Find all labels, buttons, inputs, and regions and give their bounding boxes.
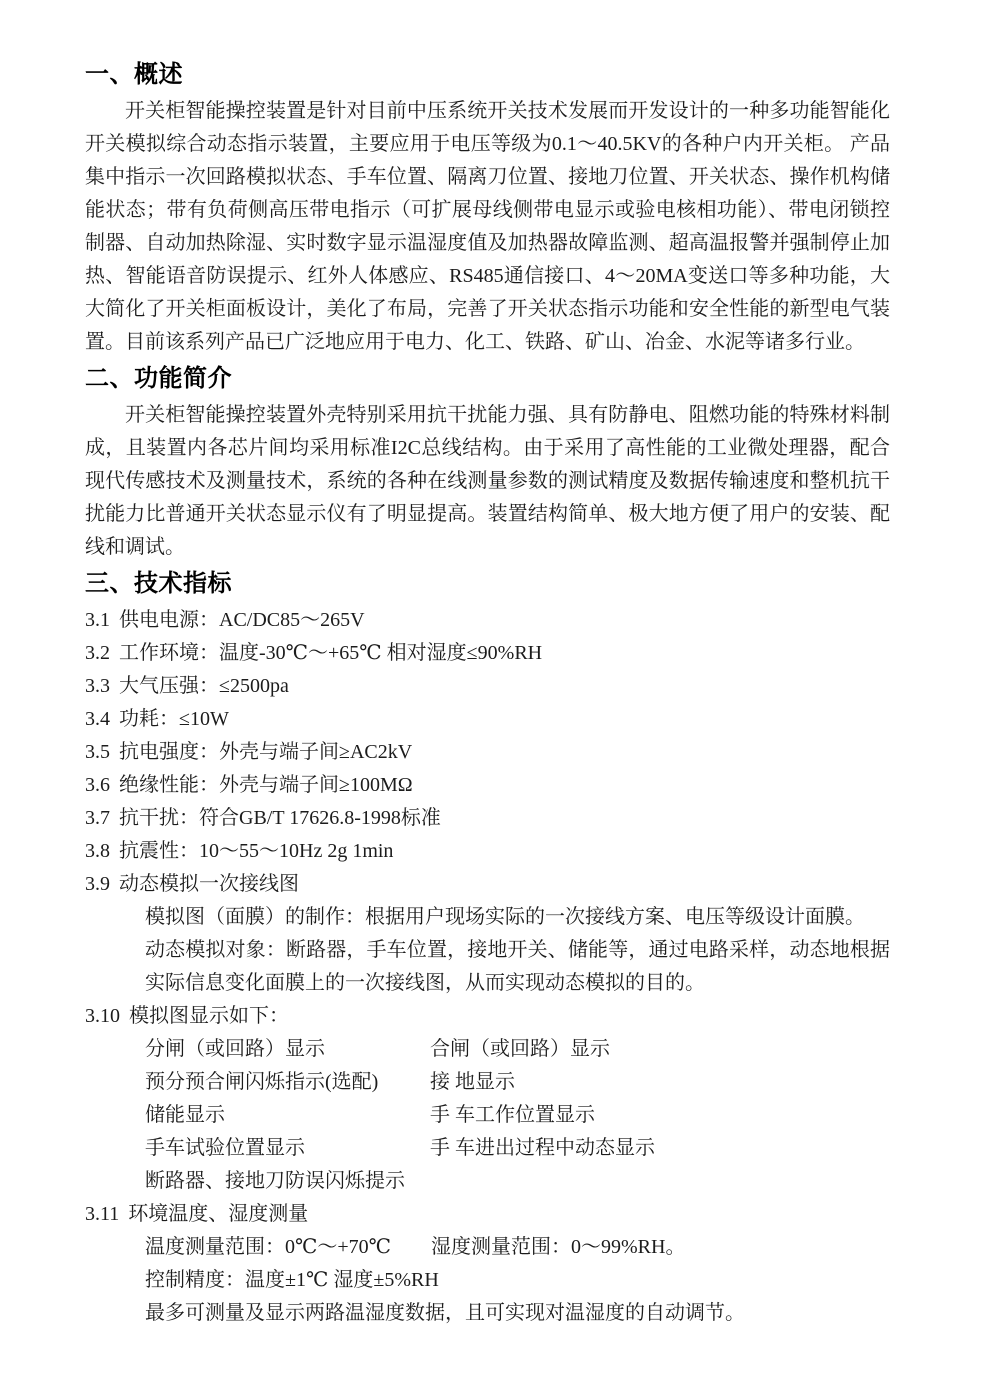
spec-item-3-2: 3.2工作环境：温度-30℃～+65℃ 相对湿度≤90%RH — [85, 637, 890, 670]
spec-item-3-3: 3.3大气压强：≤2500pa — [85, 670, 890, 703]
display-list-row: 预分预合闸闪烁指示(选配)接 地显示 — [145, 1066, 890, 1099]
display-list-cell-left: 储能显示 — [145, 1099, 430, 1132]
display-list-cell-left: 手车试验位置显示 — [145, 1132, 430, 1165]
spec-item-text: 环境温度、湿度测量 — [128, 1203, 308, 1225]
spec-item-3-10: 3.10模拟图显示如下： — [85, 1000, 890, 1033]
simulation-display-list: 分闸（或回路）显示合闸（或回路）显示 预分预合闸闪烁指示(选配)接 地显示 储能… — [145, 1033, 890, 1198]
spec-item-text: 模拟图显示如下： — [129, 1005, 289, 1027]
spec-item-number: 3.11 — [85, 1198, 119, 1231]
spec-item-number: 3.7 — [85, 802, 110, 835]
control-precision-note: 控制精度：温度±1℃ 湿度±5%RH — [145, 1264, 890, 1297]
spec-item-3-7: 3.7抗干扰：符合GB/T 17626.8-1998标准 — [85, 802, 890, 835]
spec-item-number: 3.1 — [85, 604, 110, 637]
spec-item-3-9: 3.9动态模拟一次接线图 — [85, 868, 890, 901]
functions-paragraph: 开关柜智能操控装置外壳特别采用抗干扰能力强、具有防静电、阻燃功能的特殊材料制成，… — [85, 399, 890, 564]
display-list-cell-left: 断路器、接地刀防误闪烁提示 — [145, 1165, 430, 1198]
spec-item-text: 绝缘性能：外壳与端子间≥100MΩ — [119, 774, 413, 796]
section-specs-heading: 三、技术指标 — [85, 566, 890, 602]
spec-item-3-4: 3.4功耗：≤10W — [85, 703, 890, 736]
spec-item-3-8: 3.8抗震性：10～55～10Hz 2g 1min — [85, 835, 890, 868]
display-list-cell-left: 分闸（或回路）显示 — [145, 1033, 430, 1066]
display-list-cell-right: 手 车工作位置显示 — [430, 1099, 595, 1132]
spec-item-number: 3.9 — [85, 868, 110, 901]
dual-channel-note: 最多可测量及显示两路温湿度数据，且可实现对温湿度的自动调节。 — [145, 1297, 890, 1330]
spec-item-text: 工作环境：温度-30℃～+65℃ 相对湿度≤90%RH — [119, 642, 542, 664]
document-page: 一、概述 开关柜智能操控装置是针对目前中压系统开关技术发展而开发设计的一种多功能… — [0, 0, 1000, 1387]
spec-item-number: 3.5 — [85, 736, 110, 769]
display-list-row: 分闸（或回路）显示合闸（或回路）显示 — [145, 1033, 890, 1066]
section-functions-heading: 二、功能简介 — [85, 361, 890, 397]
spec-item-text: 供电电源：AC/DC85～265V — [119, 609, 365, 631]
spec-3-9-note-dynamic: 动态模拟对象：断路器，手车位置，接地开关、储能等，通过电路采样，动态地根据实际信… — [145, 934, 890, 1000]
spec-item-number: 3.4 — [85, 703, 110, 736]
spec-3-9-note-membrane: 模拟图（面膜）的制作：根据用户现场实际的一次接线方案、电压等级设计面膜。 — [145, 901, 890, 934]
spec-item-number: 3.8 — [85, 835, 110, 868]
spec-item-text: 动态模拟一次接线图 — [119, 873, 299, 895]
display-list-cell-right: 合闸（或回路）显示 — [430, 1033, 610, 1066]
display-list-cell-right: 接 地显示 — [430, 1066, 515, 1099]
display-list-cell-left: 预分预合闸闪烁指示(选配) — [145, 1066, 430, 1099]
spec-item-text: 大气压强：≤2500pa — [119, 675, 289, 697]
overview-paragraph: 开关柜智能操控装置是针对目前中压系统开关技术发展而开发设计的一种多功能智能化开关… — [85, 95, 890, 359]
spec-item-number: 3.2 — [85, 637, 110, 670]
temp-humidity-range-note: 温度测量范围：0℃～+70℃ 湿度测量范围：0～99%RH。 — [145, 1231, 890, 1264]
spec-item-3-11: 3.11环境温度、湿度测量 — [85, 1198, 890, 1231]
spec-item-3-5: 3.5抗电强度：外壳与端子间≥AC2kV — [85, 736, 890, 769]
spec-item-number: 3.6 — [85, 769, 110, 802]
display-list-row: 储能显示手 车工作位置显示 — [145, 1099, 890, 1132]
spec-item-3-6: 3.6绝缘性能：外壳与端子间≥100MΩ — [85, 769, 890, 802]
section-overview-heading: 一、概述 — [85, 57, 890, 93]
spec-item-text: 抗干扰：符合GB/T 17626.8-1998标准 — [119, 807, 441, 829]
spec-item-text: 功耗：≤10W — [119, 708, 229, 730]
spec-item-number: 3.3 — [85, 670, 110, 703]
spec-item-3-1: 3.1供电电源：AC/DC85～265V — [85, 604, 890, 637]
spec-item-text: 抗电强度：外壳与端子间≥AC2kV — [119, 741, 412, 763]
display-list-row: 断路器、接地刀防误闪烁提示 — [145, 1165, 890, 1198]
display-list-cell-right: 手 车进出过程中动态显示 — [430, 1132, 655, 1165]
spec-item-text: 抗震性：10～55～10Hz 2g 1min — [119, 840, 393, 862]
spec-item-number: 3.10 — [85, 1000, 120, 1033]
display-list-row: 手车试验位置显示手 车进出过程中动态显示 — [145, 1132, 890, 1165]
